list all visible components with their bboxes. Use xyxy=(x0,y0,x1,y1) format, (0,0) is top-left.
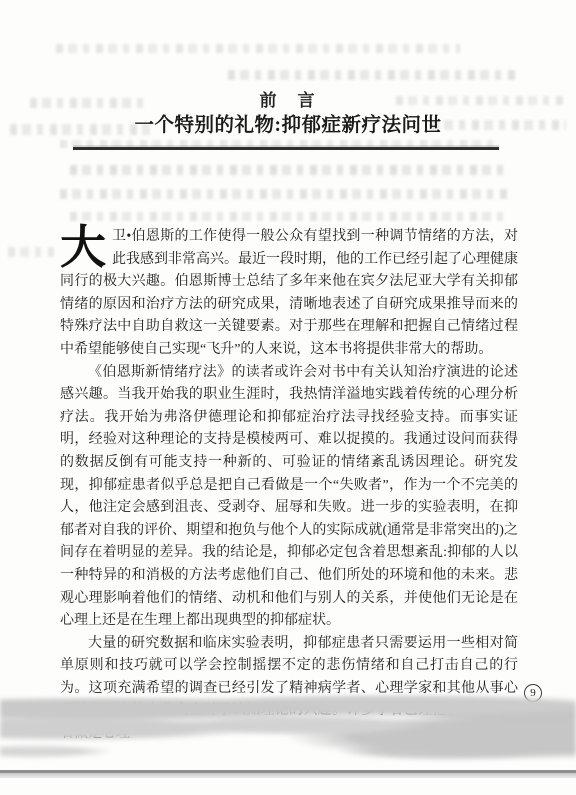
scan-edge-line-soft xyxy=(0,773,576,778)
scan-shadow-band xyxy=(0,694,576,776)
ghost-text-artifact xyxy=(70,165,510,175)
drop-cap: 大 xyxy=(60,227,106,271)
ghost-text-artifact xyxy=(228,70,520,80)
ghost-text-artifact xyxy=(56,44,460,53)
paragraph-1: 大卫•伯恩斯的工作使得一般公众有望找到一种调节情绪的方法，对此我感到非常高兴。最… xyxy=(60,226,518,362)
paragraph-2: 《伯恩斯新情绪疗法》的读者或许会对书中有关认知治疗演进的论述感兴趣。当我开始我的… xyxy=(60,362,518,633)
title-rule xyxy=(73,147,499,150)
ghost-text-artifact xyxy=(70,212,508,221)
ghost-text-artifact xyxy=(60,189,512,199)
book-page: 前 言 一个特别的礼物:抑郁症新疗法问世 大卫•伯恩斯的工作使得一般公众有望找到… xyxy=(0,0,576,795)
ghost-text-artifact xyxy=(8,247,54,257)
body-text: 大卫•伯恩斯的工作使得一般公众有望找到一种调节情绪的方法，对此我感到非常高兴。最… xyxy=(60,226,518,746)
preface-title: 一个特别的礼物:抑郁症新疗法问世 xyxy=(0,109,576,137)
preface-header: 前 言 xyxy=(0,86,576,111)
paragraph-1-text: 卫•伯恩斯的工作使得一般公众有望找到一种调节情绪的方法，对此我感到非常高兴。最近… xyxy=(60,229,518,357)
